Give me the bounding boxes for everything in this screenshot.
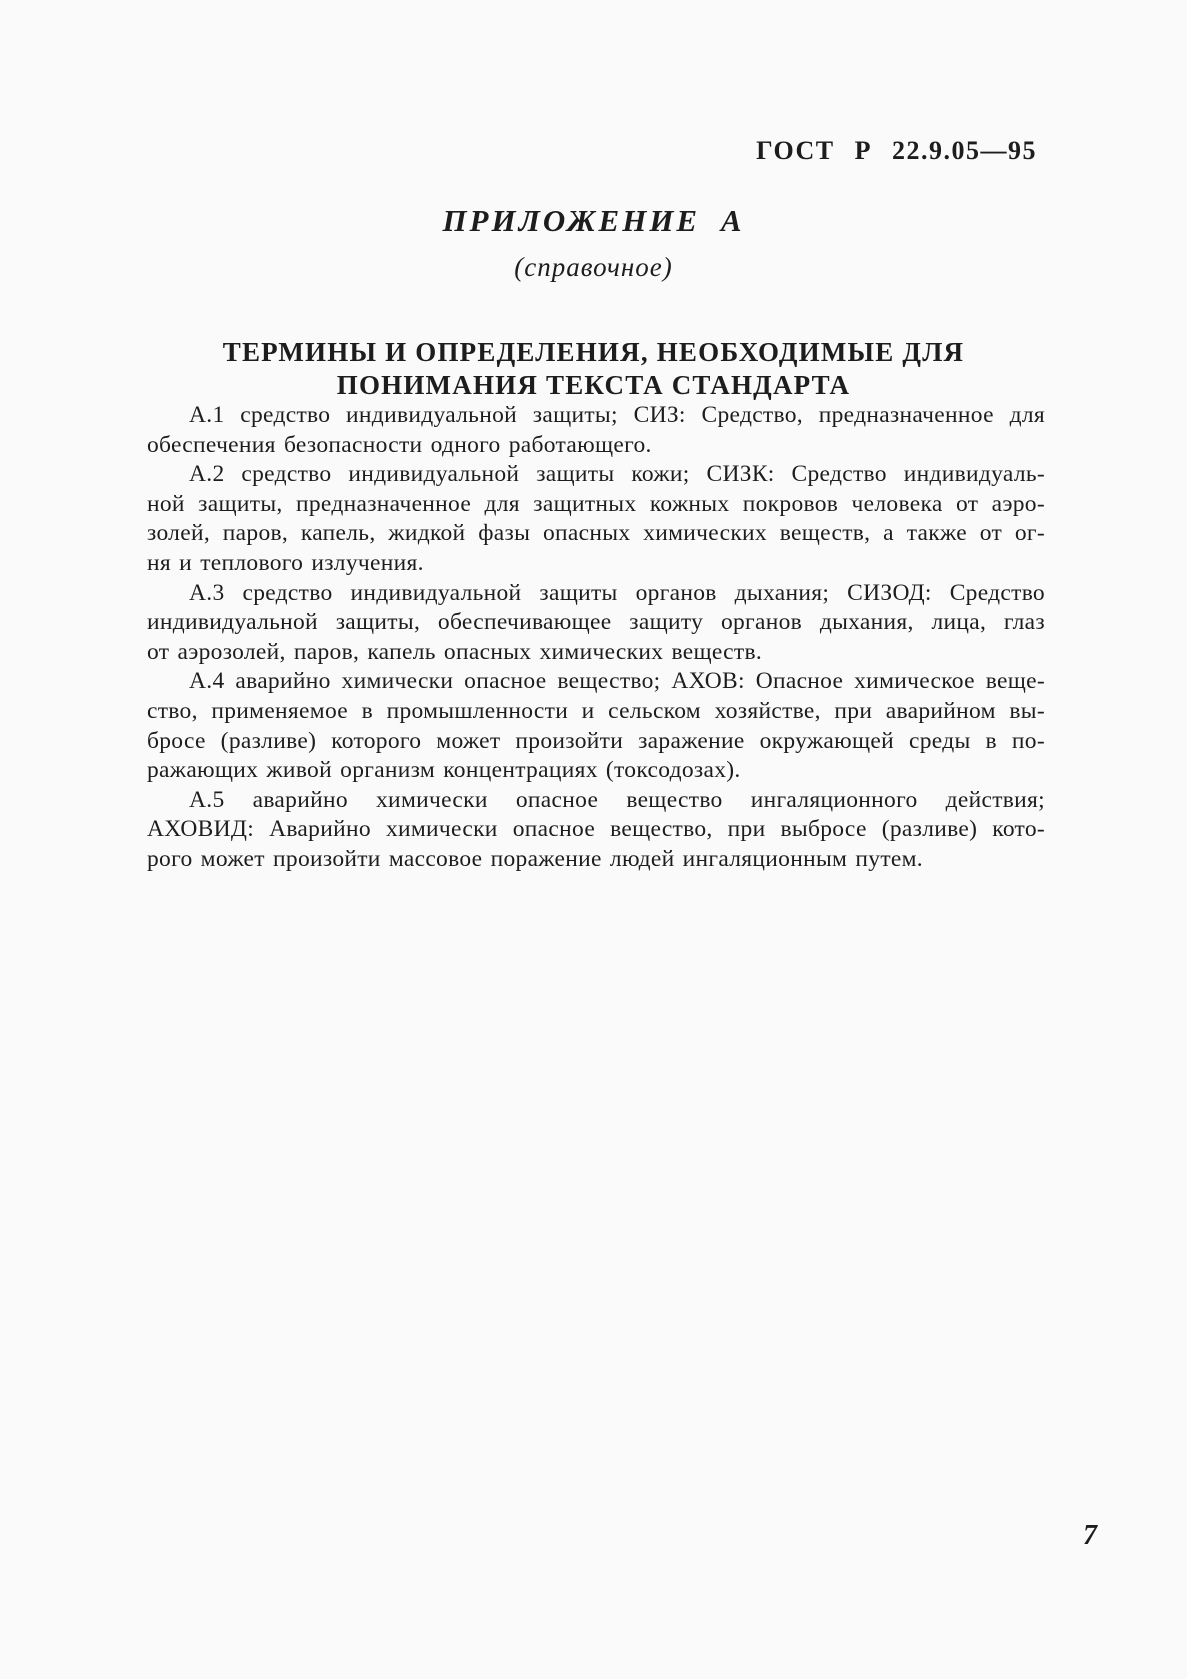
appendix-subtitle: (справочное) — [0, 252, 1187, 283]
appendix-title: ПРИЛОЖЕНИЕ А — [0, 203, 1187, 239]
text-line: рого может произойти массовое поражение … — [147, 845, 1045, 875]
text-line: ной защиты, предназначенное для защитных… — [147, 490, 1045, 520]
text-line: индивидуальной защиты, обеспечивающее за… — [147, 608, 1045, 638]
text-line: АХОВИД: Аварийно химически опасное вещес… — [147, 815, 1045, 845]
text-line: золей, паров, капель, жидкой фазы опасны… — [147, 519, 1045, 549]
section-heading-line2: ПОНИМАНИЯ ТЕКСТА СТАНДАРТА — [0, 369, 1187, 402]
text-line: бросе (разливе) которого может произойти… — [147, 727, 1045, 757]
text-line: А.4 аварийно химически опасное вещество;… — [147, 667, 1045, 697]
document-page: ГОСТ Р 22.9.05—95 ПРИЛОЖЕНИЕ А (справочн… — [0, 0, 1187, 1679]
text-line: ражающих живой организм концентрациях (т… — [147, 756, 1045, 786]
text-line: обеспечения безопасности одного работающ… — [147, 431, 1045, 461]
text-line: А.3 средство индивидуальной защиты орган… — [147, 579, 1045, 609]
page-number: 7 — [1083, 1520, 1097, 1552]
text-line: от аэрозолей, паров, капель опасных хими… — [147, 638, 1045, 668]
paragraph-a3: А.3 средство индивидуальной защиты орган… — [147, 579, 1045, 668]
paragraph-a1: А.1 средство индивидуальной защиты; СИЗ:… — [147, 401, 1045, 460]
text-line: ня и теплового излучения. — [147, 549, 1045, 579]
section-heading-line1: ТЕРМИНЫ И ОПРЕДЕЛЕНИЯ, НЕОБХОДИМЫЕ ДЛЯ — [0, 336, 1187, 369]
paragraph-a2: А.2 средство индивидуальной защиты кожи;… — [147, 460, 1045, 578]
paragraph-a5: А.5 аварийно химически опасное вещество … — [147, 786, 1045, 875]
paragraph-a4: А.4 аварийно химически опасное вещество;… — [147, 667, 1045, 785]
standard-reference: ГОСТ Р 22.9.05—95 — [756, 136, 1037, 166]
text-line: А.5 аварийно химически опасное вещество … — [147, 786, 1045, 816]
section-heading: ТЕРМИНЫ И ОПРЕДЕЛЕНИЯ, НЕОБХОДИМЫЕ ДЛЯ П… — [0, 336, 1187, 402]
terms-and-definitions-text: А.1 средство индивидуальной защиты; СИЗ:… — [147, 401, 1045, 875]
text-line: А.1 средство индивидуальной защиты; СИЗ:… — [147, 401, 1045, 431]
text-line: ство, применяемое в промышленности и сел… — [147, 697, 1045, 727]
text-line: А.2 средство индивидуальной защиты кожи;… — [147, 460, 1045, 490]
